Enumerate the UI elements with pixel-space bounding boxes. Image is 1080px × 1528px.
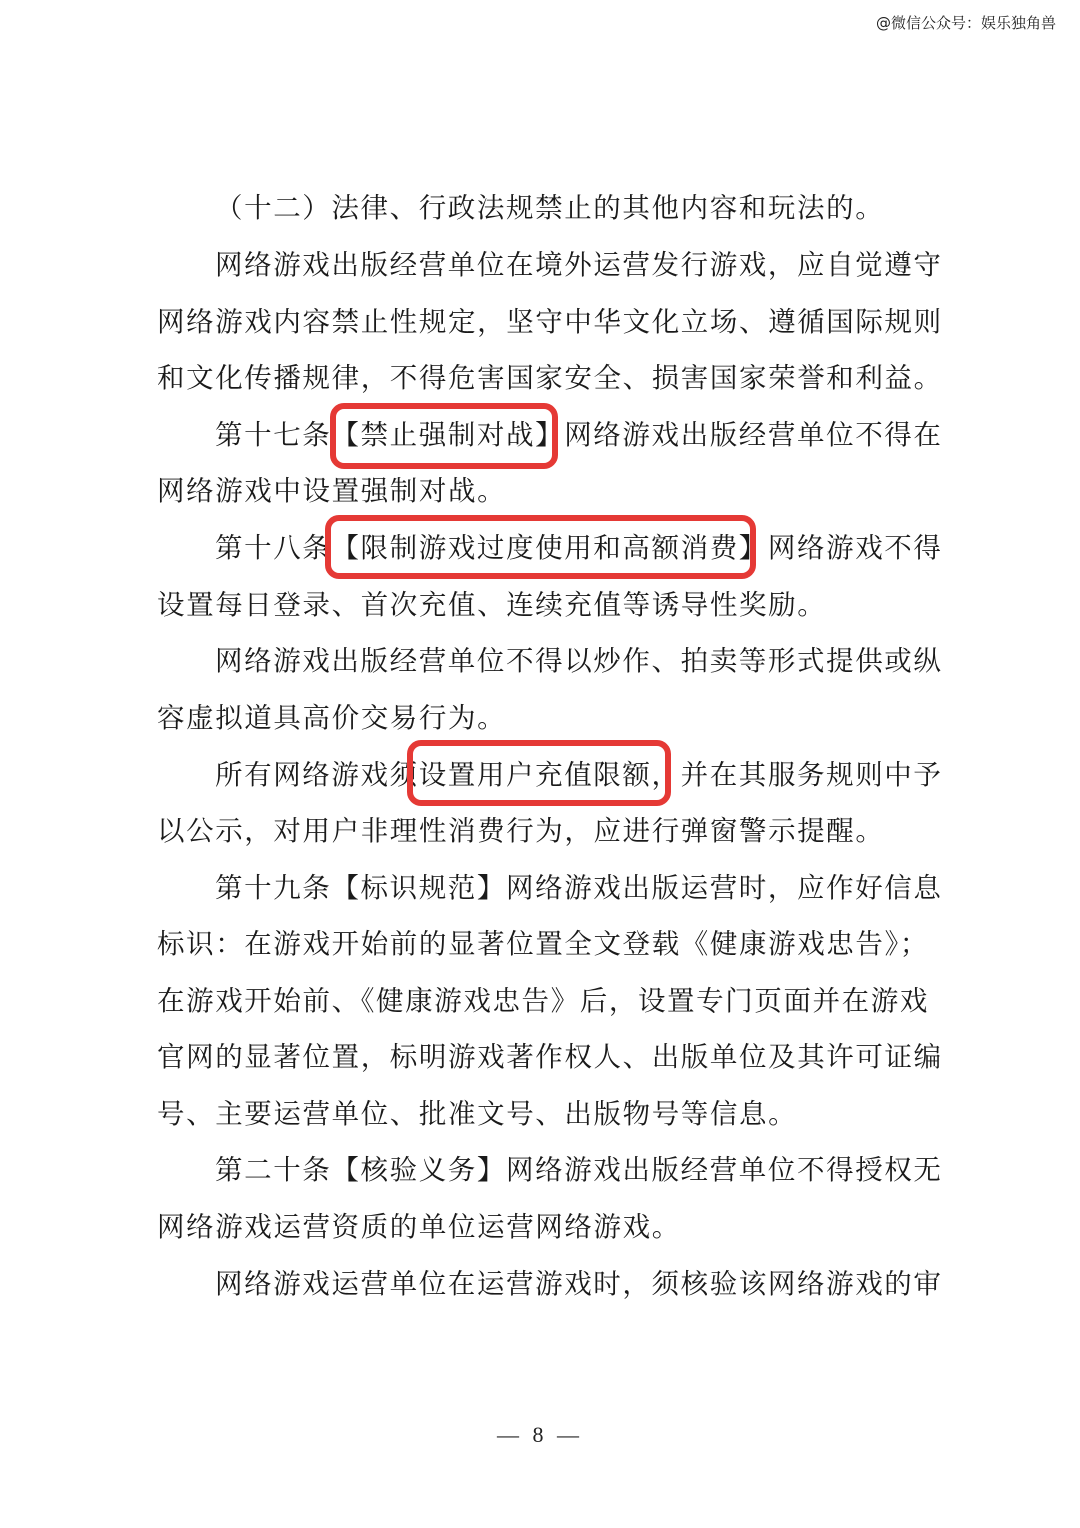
article-17-line: 第十七条【禁止强制对战】网络游戏出版经营单位不得在 [157,407,927,463]
text-line: 和文化传播规律，不得危害国家安全、损害国家荣誉和利益。 [157,350,927,406]
text-line: 容虚拟道具高价交易行为。 [157,690,927,746]
text-line: 网络游戏运营资质的单位运营网络游戏。 [157,1199,927,1255]
watermark: @微信公众号：娱乐独角兽 [876,12,1056,33]
text-line: 号、主要运营单位、批准文号、出版物号等信息。 [157,1086,927,1142]
text-line: 官网的显著位置，标明游戏著作权人、出版单位及其许可证编 [157,1029,927,1085]
text-line: 网络游戏内容禁止性规定，坚守中华文化立场、遵循国际规则 [157,294,927,350]
text-line: 在游戏开始前、《健康游戏忠告》后，设置专门页面并在游戏 [157,973,927,1029]
text-line: 以公示，对用户非理性消费行为，应进行弹窗警示提醒。 [157,803,927,859]
text-line: 标识：在游戏开始前的显著位置全文登载《健康游戏忠告》； [157,916,927,972]
text-line: （十二）法律、行政法规禁止的其他内容和玩法的。 [157,180,927,236]
text-line: 所有网络游戏须设置用户充值限额，并在其服务规则中予 [157,747,927,803]
article-20-line: 第二十条【核验义务】网络游戏出版经营单位不得授权无 [157,1142,927,1198]
text-line: 网络游戏运营单位在运营游戏时，须核验该网络游戏的审 [157,1256,927,1312]
text-line: 网络游戏出版经营单位在境外运营发行游戏，应自觉遵守 [157,237,927,293]
text-line: 设置每日登录、首次充值、连续充值等诱导性奖励。 [157,577,927,633]
article-18-line: 第十八条【限制游戏过度使用和高额消费】网络游戏不得 [157,520,927,576]
article-19-line: 第十九条【标识规范】网络游戏出版运营时，应作好信息 [157,860,927,916]
text-line: 网络游戏中设置强制对战。 [157,463,927,519]
text-line: 网络游戏出版经营单位不得以炒作、拍卖等形式提供或纵 [157,633,927,689]
page-number: — 8 — [0,1422,1080,1448]
